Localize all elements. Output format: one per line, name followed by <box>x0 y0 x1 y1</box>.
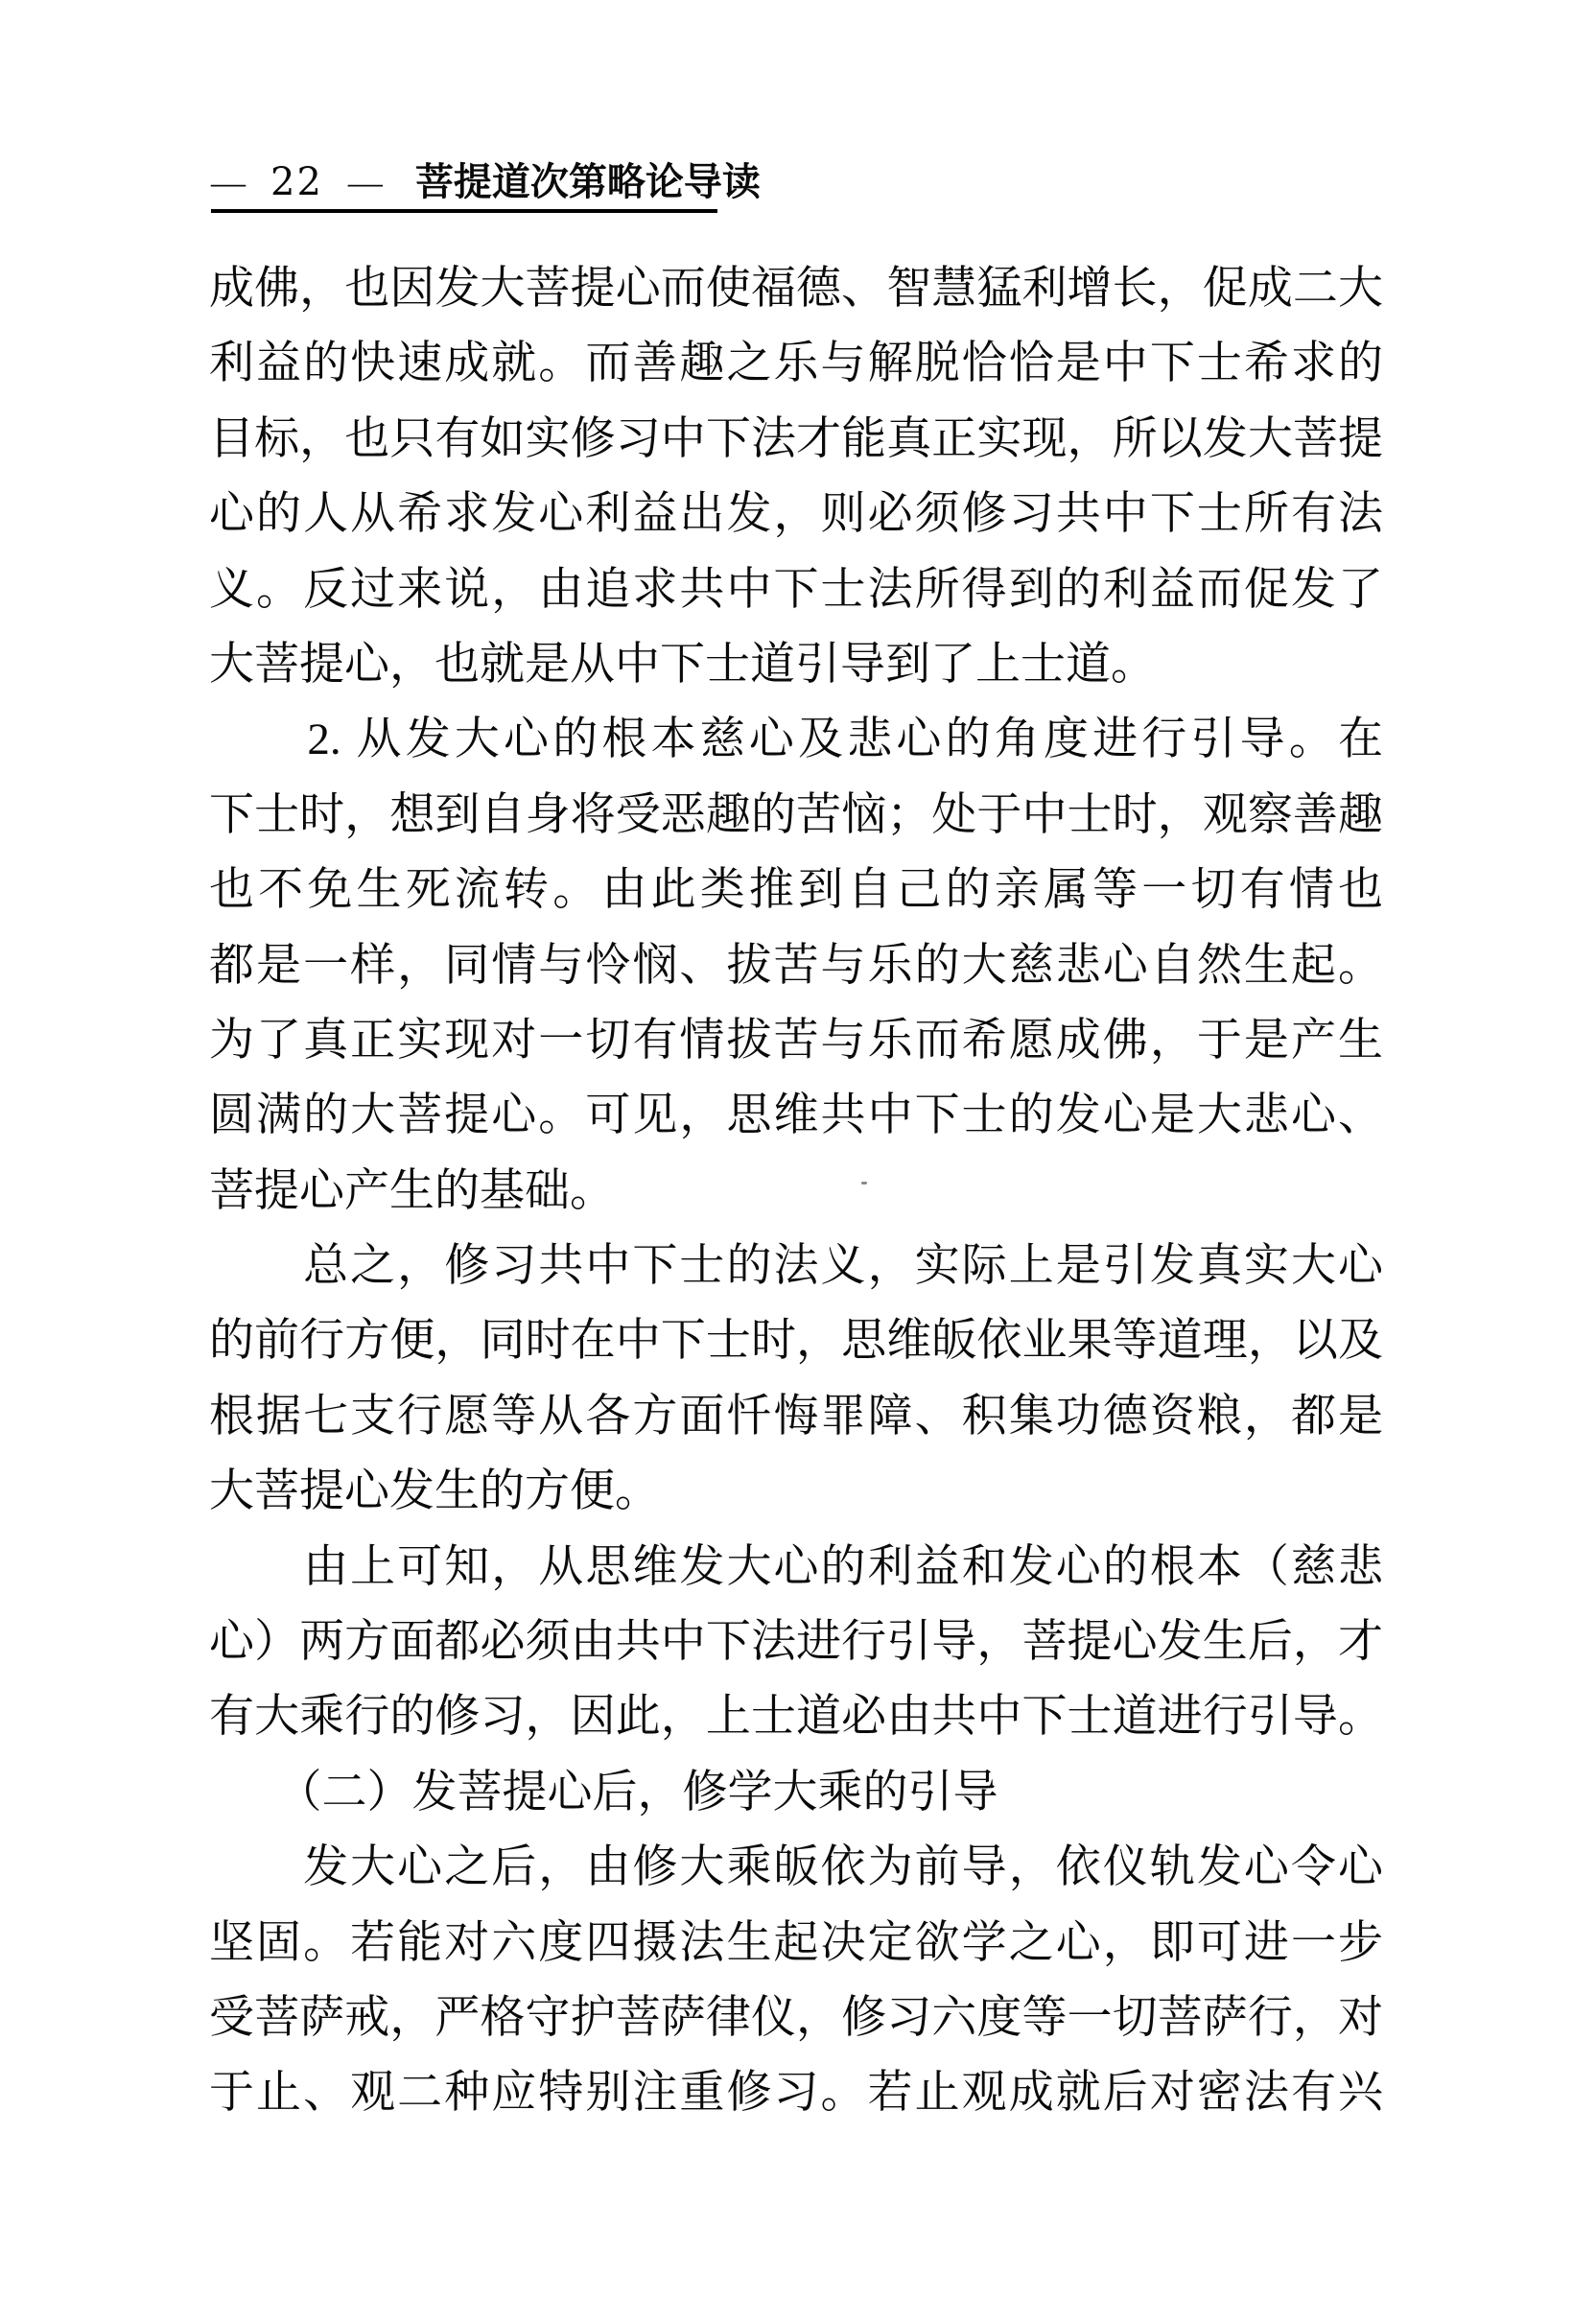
body-text-line: 心）两方面都必须由共中下法进行引导，菩提心发生后，才 <box>209 1605 1383 1679</box>
body-text-line: 有大乘行的修习，因此，上士道必由共中下士道进行引导。 <box>209 1679 1383 1754</box>
page-body: 成佛，也因发大菩提心而使福德、智慧猛利增长，促成二大利益的快速成就。而善趣之乐与… <box>209 251 1383 2131</box>
body-text-line: （二）发菩提心后，修学大乘的引导 <box>209 1755 1383 1830</box>
body-text-line: 圆满的大菩提心。可见，思维共中下士的发心是大悲心、 <box>209 1078 1383 1153</box>
body-text-line: 的前行方便，同时在中下士时，思维皈依业果等道理，以及 <box>209 1303 1383 1378</box>
body-text-line: 由上可知，从思维发大心的利益和发心的根本（慈悲 <box>209 1530 1383 1605</box>
header-rule <box>211 209 717 213</box>
page-number: 22 <box>270 159 323 205</box>
body-text-line: 于止、观二种应特别注重修习。若止观成就后对密法有兴 <box>209 2055 1383 2130</box>
header-book-title: 菩提道次第略论导读 <box>415 159 761 205</box>
body-text-line: 成佛，也因发大菩提心而使福德、智慧猛利增长，促成二大 <box>209 251 1383 326</box>
page-header: — 22 — 菩提道次第略论导读 <box>211 159 761 205</box>
body-text-line: 发大心之后，由修大乘皈依为前导，依仪轨发心令心 <box>209 1830 1383 1905</box>
body-text-line: 利益的快速成就。而善趣之乐与解脱恰恰是中下士希求的 <box>209 326 1383 401</box>
body-text-line: 也不免生死流转。由此类推到自己的亲属等一切有情也 <box>209 853 1383 927</box>
body-text-line: 总之，修习共中下士的法义，实际上是引发真实大心 <box>209 1229 1383 1303</box>
body-text-line: 都是一样，同情与怜悯、拔苦与乐的大慈悲心自然生起。 <box>209 928 1383 1003</box>
body-text-line: 菩提心产生的基础。 <box>209 1154 1383 1229</box>
body-text-line: 受菩萨戒，严格守护菩萨律仪，修习六度等一切菩萨行，对 <box>209 1981 1383 2055</box>
body-text-line: 大菩提心发生的方便。 <box>209 1454 1383 1529</box>
scan-artifact-dot <box>861 1182 867 1184</box>
body-text-line: 下士时，想到自身将受恶趣的苦恼；处于中士时，观察善趣 <box>209 778 1383 853</box>
body-text-line: 坚固。若能对六度四摄法生起决定欲学之心，即可进一步 <box>209 1906 1383 1981</box>
header-left-dash: — <box>211 159 246 205</box>
body-text-line: 大菩提心，也就是从中下士道引导到了上士道。 <box>209 627 1383 702</box>
body-text-line: 2. 从发大心的根本慈心及悲心的角度进行引导。在 <box>209 702 1383 777</box>
body-text-line: 根据七支行愿等从各方面忏悔罪障、积集功德资粮，都是 <box>209 1379 1383 1454</box>
body-text-line: 义。反过来说，由追求共中下士法所得到的利益而促发了 <box>209 552 1383 627</box>
body-text-line: 为了真正实现对一切有情拔苦与乐而希愿成佛，于是产生 <box>209 1003 1383 1078</box>
book-page: — 22 — 菩提道次第略论导读 成佛，也因发大菩提心而使福德、智慧猛利增长，促… <box>0 0 1596 2298</box>
body-text-line: 目标，也只有如实修习中下法才能真正实现，所以发大菩提 <box>209 402 1383 477</box>
header-right-dash: — <box>348 159 383 205</box>
body-text-line: 心的人从希求发心利益出发，则必须修习共中下士所有法 <box>209 477 1383 551</box>
